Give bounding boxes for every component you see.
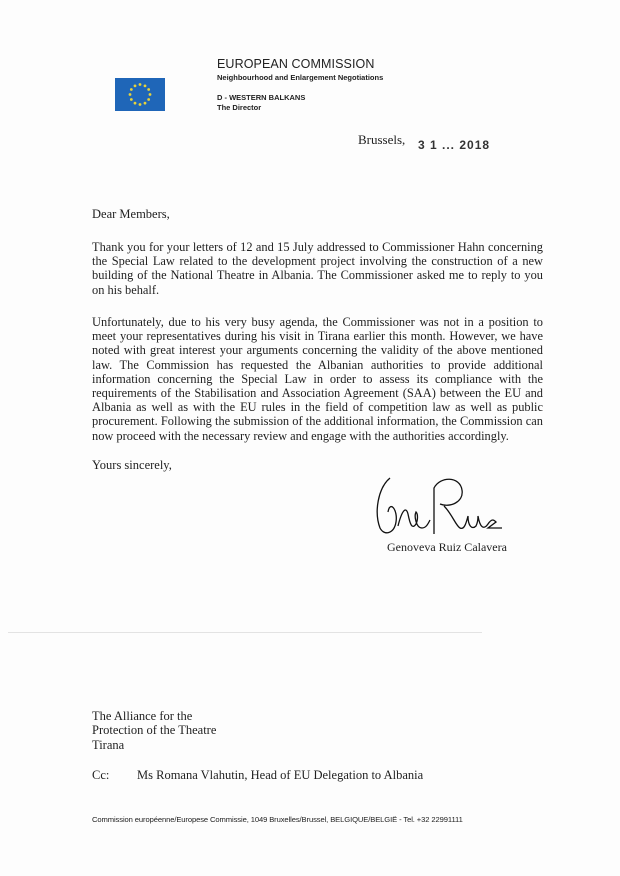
handwritten-signature-icon: [368, 470, 518, 545]
recipient-line: Tirana: [92, 738, 216, 752]
fold-line: [8, 632, 482, 633]
eu-flag-icon: [115, 78, 165, 111]
date-stamp: 3 1 ... 2018: [418, 138, 490, 152]
recipient-address: The Alliance for the Protection of the T…: [92, 709, 216, 752]
body-paragraph: Unfortunately, due to his very busy agen…: [92, 315, 543, 443]
recipient-line: The Alliance for the: [92, 709, 216, 723]
cc-recipient: Ms Romana Vlahutin, Head of EU Delegatio…: [137, 768, 423, 783]
directorate: D - WESTERN BALKANS: [217, 93, 305, 102]
footer-address: Commission européenne/Europese Commissie…: [92, 815, 463, 824]
date-place: Brussels,: [358, 132, 405, 148]
organization-name: EUROPEAN COMMISSION: [217, 57, 374, 71]
body-paragraph: Thank you for your letters of 12 and 15 …: [92, 240, 543, 297]
signer-name: Genoveva Ruiz Calavera: [387, 540, 507, 555]
recipient-line: Protection of the Theatre: [92, 723, 216, 737]
sender-role: The Director: [217, 103, 261, 112]
directorate-general: Neighbourhood and Enlargement Negotiatio…: [217, 73, 383, 82]
closing: Yours sincerely,: [92, 458, 172, 473]
letter-page: EUROPEAN COMMISSION Neighbourhood and En…: [0, 0, 620, 876]
salutation: Dear Members,: [92, 207, 170, 222]
cc-label: Cc:: [92, 768, 109, 783]
